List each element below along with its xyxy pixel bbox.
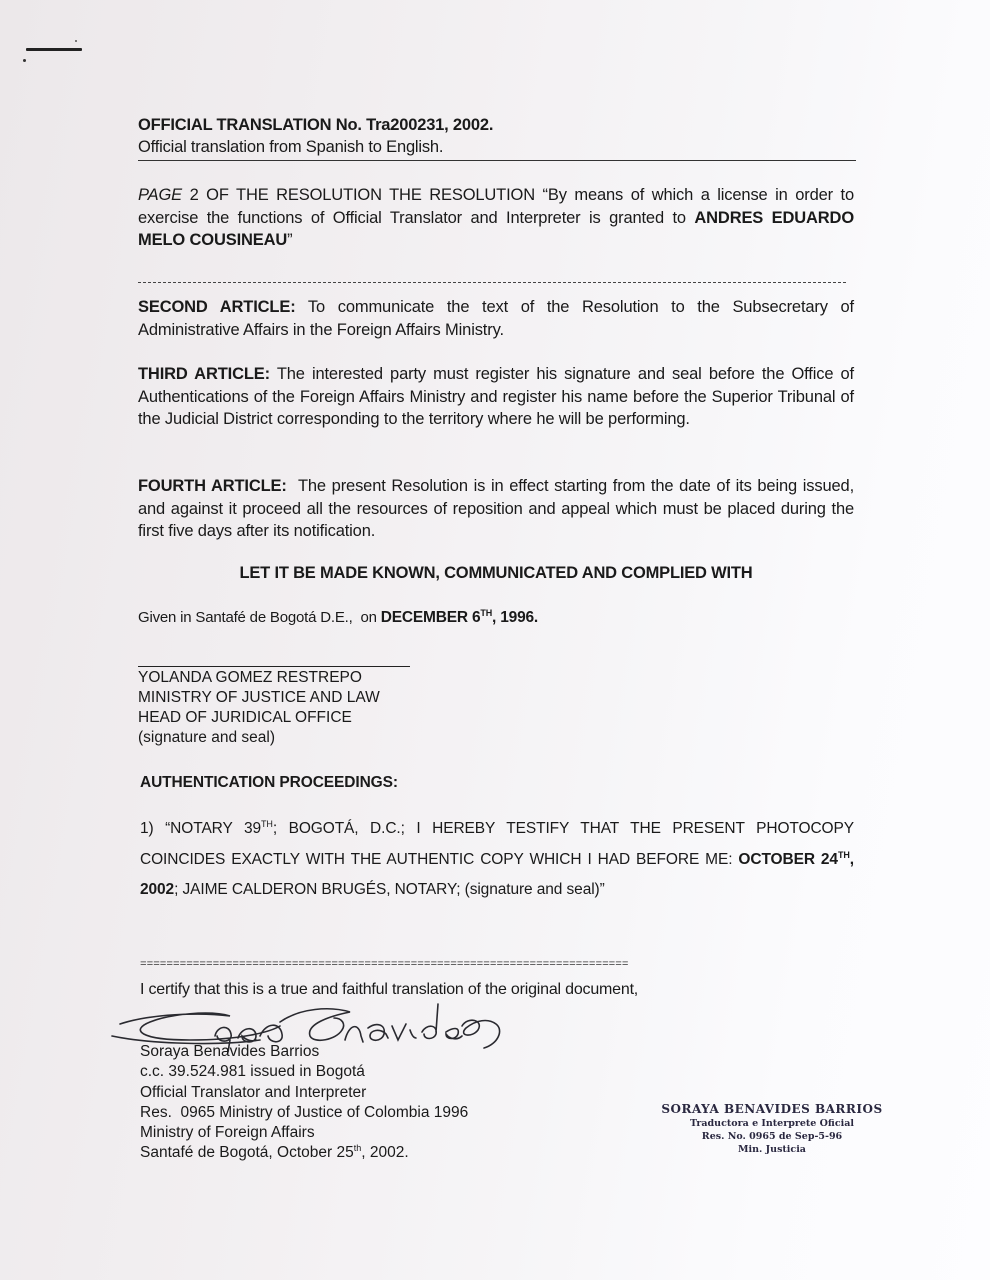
article-heading: THIRD ARTICLE: <box>138 365 270 383</box>
translator-stamp: SORAYA BENAVIDES BARRIOS Traductora e In… <box>652 1101 892 1156</box>
translator-resolution: Res. 0965 Ministry of Justice of Colombi… <box>140 1103 468 1123</box>
signatory-office: HEAD OF JURIDICAL OFFICE <box>138 708 380 728</box>
article-heading: SECOND ARTICLE: <box>138 298 296 316</box>
document-title: OFFICIAL TRANSLATION No. Tra200231, 2002… <box>138 116 493 135</box>
stamp-title: Traductora e Interprete Oficial <box>652 1117 892 1130</box>
translator-role: Official Translator and Interpreter <box>140 1083 468 1103</box>
proclamation: LET IT BE MADE KNOWN, COMMUNICATED AND C… <box>138 564 854 583</box>
article-fourth: FOURTH ARTICLE: The present Resolution i… <box>138 475 854 543</box>
page-label: PAGE <box>138 186 182 204</box>
header-rule <box>138 160 856 161</box>
notary-testimony: 1) “NOTARY 39TH; BOGOTÁ, D.C.; I HEREBY … <box>140 814 854 906</box>
official-signatory: YOLANDA GOMEZ RESTREPO MINISTRY OF JUSTI… <box>138 668 380 748</box>
margin-dot-mark <box>75 40 77 42</box>
signature-line <box>138 666 410 667</box>
signatory-name: YOLANDA GOMEZ RESTREPO <box>138 668 380 688</box>
resolution-intro: PAGE 2 OF THE RESOLUTION THE RESOLUTION … <box>138 184 854 252</box>
translator-id: c.c. 39.524.981 issued in Bogotá <box>140 1062 468 1082</box>
authentication-heading: AUTHENTICATION PROCEEDINGS: <box>140 774 398 792</box>
article-heading: FOURTH ARTICLE: <box>138 477 287 495</box>
margin-pen-mark <box>26 48 82 51</box>
margin-dot-mark <box>23 59 26 62</box>
dashed-separator <box>138 282 846 283</box>
stamp-name: SORAYA BENAVIDES BARRIOS <box>652 1101 892 1117</box>
translator-name: Soraya Benavides Barrios <box>140 1042 468 1062</box>
article-third: THIRD ARTICLE: The interested party must… <box>138 363 854 431</box>
stamp-resolution: Res. No. 0965 de Sep-5-96 <box>652 1130 892 1143</box>
given-date-line: Given in Santafé de Bogotá D.E., on DECE… <box>138 609 538 627</box>
document-subtitle: Official translation from Spanish to Eng… <box>138 138 443 157</box>
stamp-ministry: Min. Justicia <box>652 1143 892 1156</box>
signatory-note: (signature and seal) <box>138 728 380 748</box>
signatory-ministry: MINISTRY OF JUSTICE AND LAW <box>138 688 380 708</box>
translator-ministry: Ministry of Foreign Affairs <box>140 1123 468 1143</box>
translator-place-date: Santafé de Bogotá, October 25th, 2002. <box>140 1143 468 1163</box>
article-second: SECOND ARTICLE: To communicate the text … <box>138 296 854 341</box>
equals-separator: ========================================… <box>140 960 628 970</box>
translator-block: Soraya Benavides Barrios c.c. 39.524.981… <box>140 1042 468 1164</box>
